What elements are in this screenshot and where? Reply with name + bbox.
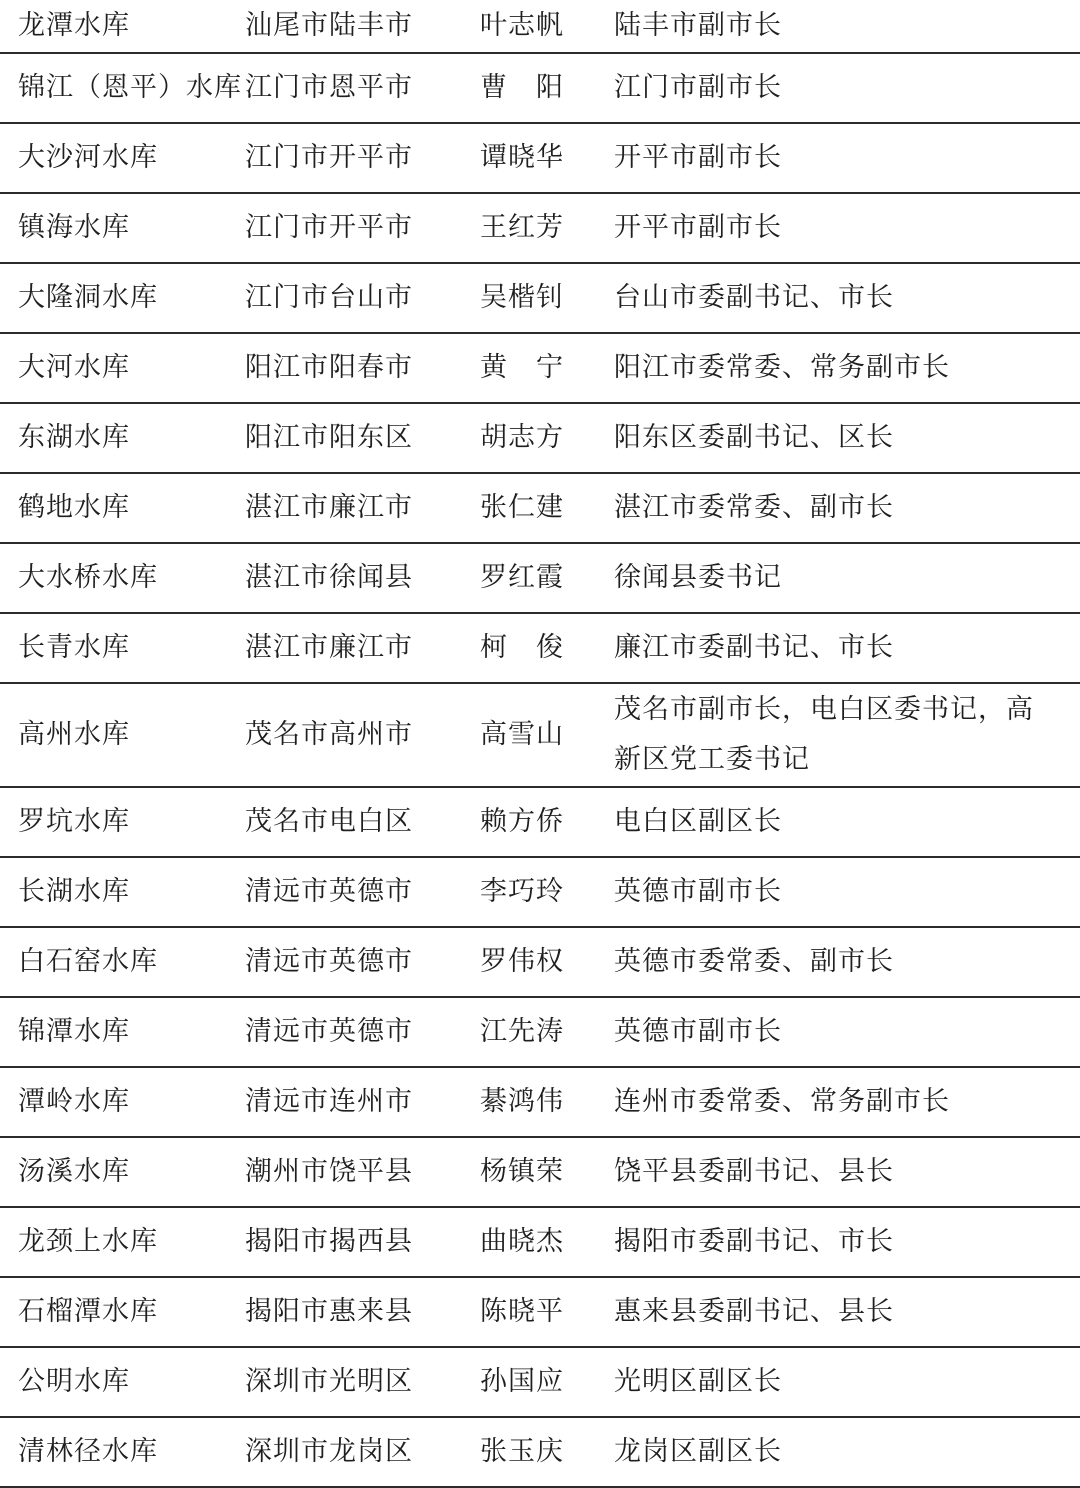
reservoir-chiefs-table: 龙潭水库 汕尾市陆丰市 叶志帆 陆丰市副市长 锦江（恩平）水库 江门市恩平市 曹…	[0, 0, 1080, 1488]
person-name-cell: 江先涛	[480, 1007, 614, 1057]
location-cell: 清远市连州市	[245, 1077, 480, 1127]
location-cell: 湛江市廉江市	[245, 623, 480, 673]
table-row: 公明水库 深圳市光明区 孙国应 光明区副区长	[0, 1348, 1080, 1418]
person-name-cell: 李巧玲	[480, 867, 614, 917]
position-title-cell: 电白区副区长	[614, 797, 1044, 847]
person-name-cell: 赖方侨	[480, 797, 614, 847]
position-title-cell: 龙岗区副区长	[614, 1427, 1044, 1477]
table-row: 大河水库 阳江市阳春市 黄 宁 阳江市委常委、常务副市长	[0, 334, 1080, 404]
position-title-cell: 开平市副市长	[614, 133, 1044, 183]
person-name-cell: 黄 宁	[480, 343, 614, 393]
table-row: 白石窑水库 清远市英德市 罗伟权 英德市委常委、副市长	[0, 928, 1080, 998]
position-title-cell: 阳东区委副书记、区长	[614, 413, 1044, 463]
table-row: 龙潭水库 汕尾市陆丰市 叶志帆 陆丰市副市长	[0, 0, 1080, 54]
location-cell: 深圳市龙岗区	[245, 1427, 480, 1477]
reservoir-name-cell: 龙潭水库	[0, 1, 245, 51]
location-cell: 茂名市高州市	[245, 710, 480, 760]
position-title-cell: 台山市委副书记、市长	[614, 273, 1044, 323]
position-title-cell: 饶平县委副书记、县长	[614, 1147, 1044, 1197]
reservoir-name-cell: 公明水库	[0, 1357, 245, 1407]
person-name-cell: 王红芳	[480, 203, 614, 253]
person-name-cell: 谭晓华	[480, 133, 614, 183]
reservoir-name-cell: 大水桥水库	[0, 553, 245, 603]
position-title-cell: 湛江市委常委、副市长	[614, 483, 1044, 533]
location-cell: 阳江市阳春市	[245, 343, 480, 393]
table-row: 清林径水库 深圳市龙岗区 张玉庆 龙岗区副区长	[0, 1418, 1080, 1488]
reservoir-name-cell: 大沙河水库	[0, 133, 245, 183]
person-name-cell: 孙国应	[480, 1357, 614, 1407]
location-cell: 清远市英德市	[245, 867, 480, 917]
table-row: 东湖水库 阳江市阳东区 胡志方 阳东区委副书记、区长	[0, 404, 1080, 474]
person-name-cell: 綦鸿伟	[480, 1077, 614, 1127]
reservoir-name-cell: 高州水库	[0, 710, 245, 760]
location-cell: 揭阳市惠来县	[245, 1287, 480, 1337]
person-name-cell: 罗伟权	[480, 937, 614, 987]
reservoir-name-cell: 龙颈上水库	[0, 1217, 245, 1267]
location-cell: 清远市英德市	[245, 1007, 480, 1057]
position-title-cell: 英德市副市长	[614, 1007, 1044, 1057]
position-title-cell: 陆丰市副市长	[614, 1, 1044, 51]
position-title-cell: 茂名市副市长，电白区委书记，高新区党工委书记	[614, 685, 1044, 785]
table-row: 高州水库 茂名市高州市 高雪山 茂名市副市长，电白区委书记，高新区党工委书记	[0, 684, 1080, 788]
location-cell: 深圳市光明区	[245, 1357, 480, 1407]
location-cell: 江门市开平市	[245, 133, 480, 183]
position-title-cell: 徐闻县委书记	[614, 553, 1044, 603]
table-row: 镇海水库 江门市开平市 王红芳 开平市副市长	[0, 194, 1080, 264]
table-row: 潭岭水库 清远市连州市 綦鸿伟 连州市委常委、常务副市长	[0, 1068, 1080, 1138]
reservoir-name-cell: 鹤地水库	[0, 483, 245, 533]
position-title-cell: 揭阳市委副书记、市长	[614, 1217, 1044, 1267]
location-cell: 江门市开平市	[245, 203, 480, 253]
reservoir-name-cell: 长青水库	[0, 623, 245, 673]
table-row: 大水桥水库 湛江市徐闻县 罗红霞 徐闻县委书记	[0, 544, 1080, 614]
location-cell: 潮州市饶平县	[245, 1147, 480, 1197]
location-cell: 江门市台山市	[245, 273, 480, 323]
location-cell: 茂名市电白区	[245, 797, 480, 847]
reservoir-name-cell: 大河水库	[0, 343, 245, 393]
person-name-cell: 张玉庆	[480, 1427, 614, 1477]
location-cell: 湛江市徐闻县	[245, 553, 480, 603]
reservoir-name-cell: 东湖水库	[0, 413, 245, 463]
location-cell: 清远市英德市	[245, 937, 480, 987]
person-name-cell: 杨镇荣	[480, 1147, 614, 1197]
location-cell: 汕尾市陆丰市	[245, 1, 480, 51]
table-row: 龙颈上水库 揭阳市揭西县 曲晓杰 揭阳市委副书记、市长	[0, 1208, 1080, 1278]
person-name-cell: 曹 阳	[480, 63, 614, 113]
table-row: 汤溪水库 潮州市饶平县 杨镇荣 饶平县委副书记、县长	[0, 1138, 1080, 1208]
location-cell: 湛江市廉江市	[245, 483, 480, 533]
table-row: 长湖水库 清远市英德市 李巧玲 英德市副市长	[0, 858, 1080, 928]
position-title-cell: 江门市副市长	[614, 63, 1044, 113]
person-name-cell: 胡志方	[480, 413, 614, 463]
position-title-cell: 英德市委常委、副市长	[614, 937, 1044, 987]
reservoir-name-cell: 潭岭水库	[0, 1077, 245, 1127]
table-row: 大沙河水库 江门市开平市 谭晓华 开平市副市长	[0, 124, 1080, 194]
table-row: 罗坑水库 茂名市电白区 赖方侨 电白区副区长	[0, 788, 1080, 858]
table-row: 锦潭水库 清远市英德市 江先涛 英德市副市长	[0, 998, 1080, 1068]
position-title-cell: 廉江市委副书记、市长	[614, 623, 1044, 673]
reservoir-name-cell: 镇海水库	[0, 203, 245, 253]
person-name-cell: 曲晓杰	[480, 1217, 614, 1267]
position-title-cell: 开平市副市长	[614, 203, 1044, 253]
reservoir-name-cell: 汤溪水库	[0, 1147, 245, 1197]
table-row: 石榴潭水库 揭阳市惠来县 陈晓平 惠来县委副书记、县长	[0, 1278, 1080, 1348]
location-cell: 江门市恩平市	[245, 63, 480, 113]
table-rows-container: 龙潭水库 汕尾市陆丰市 叶志帆 陆丰市副市长 锦江（恩平）水库 江门市恩平市 曹…	[0, 0, 1080, 1488]
reservoir-name-cell: 大隆洞水库	[0, 273, 245, 323]
table-row: 大隆洞水库 江门市台山市 吴楷钊 台山市委副书记、市长	[0, 264, 1080, 334]
table-row: 锦江（恩平）水库 江门市恩平市 曹 阳 江门市副市长	[0, 54, 1080, 124]
person-name-cell: 高雪山	[480, 710, 614, 760]
reservoir-name-cell: 石榴潭水库	[0, 1287, 245, 1337]
reservoir-name-cell: 白石窑水库	[0, 937, 245, 987]
table-row: 长青水库 湛江市廉江市 柯 俊 廉江市委副书记、市长	[0, 614, 1080, 684]
person-name-cell: 吴楷钊	[480, 273, 614, 323]
person-name-cell: 罗红霞	[480, 553, 614, 603]
position-title-cell: 光明区副区长	[614, 1357, 1044, 1407]
position-title-cell: 英德市副市长	[614, 867, 1044, 917]
reservoir-name-cell: 锦江（恩平）水库	[0, 63, 245, 113]
position-title-cell: 阳江市委常委、常务副市长	[614, 343, 1044, 393]
reservoir-name-cell: 长湖水库	[0, 867, 245, 917]
reservoir-name-cell: 罗坑水库	[0, 797, 245, 847]
location-cell: 阳江市阳东区	[245, 413, 480, 463]
person-name-cell: 张仁建	[480, 483, 614, 533]
location-cell: 揭阳市揭西县	[245, 1217, 480, 1267]
person-name-cell: 柯 俊	[480, 623, 614, 673]
reservoir-name-cell: 清林径水库	[0, 1427, 245, 1477]
position-title-cell: 连州市委常委、常务副市长	[614, 1077, 1044, 1127]
person-name-cell: 陈晓平	[480, 1287, 614, 1337]
table-row: 鹤地水库 湛江市廉江市 张仁建 湛江市委常委、副市长	[0, 474, 1080, 544]
person-name-cell: 叶志帆	[480, 1, 614, 51]
reservoir-name-cell: 锦潭水库	[0, 1007, 245, 1057]
position-title-cell: 惠来县委副书记、县长	[614, 1287, 1044, 1337]
